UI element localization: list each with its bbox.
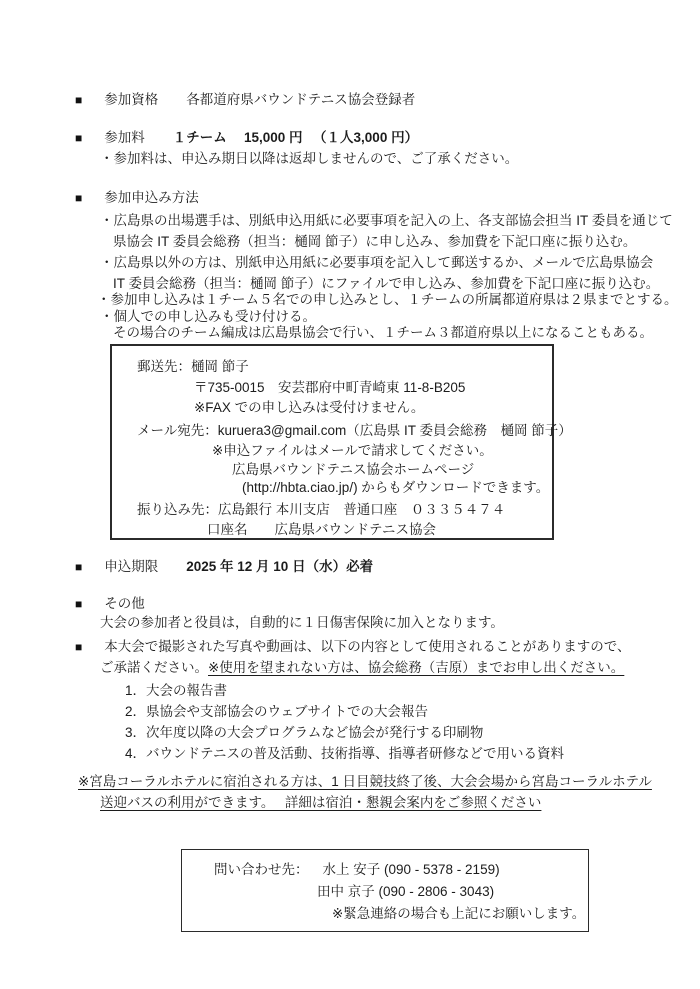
square-bullet-icon: ■: [75, 597, 82, 611]
bank-transfer-line: 振り込み先：広島銀行 本川支店 普通口座 ０３３５４７４: [137, 500, 505, 520]
media-line2-normal: ご承諾ください。: [100, 660, 208, 675]
media-item: 1．大会の報告書: [125, 681, 227, 701]
postal-address: 〒735-0015 安芸郡府中町青崎東 11-8-B205: [194, 378, 465, 398]
contact-person-1: 水上 安子 (090 - 5378 - 2159): [323, 860, 500, 880]
email-note-request: ※申込ファイルはメールで請求してください。: [212, 441, 493, 461]
scanned-document-page: ■参加資格各都道府県バウンドテニス協会登録者 ■参加料１チーム 15,000 円…: [0, 0, 700, 989]
postal-recipient: 郵送先：樋岡 節子: [137, 357, 249, 377]
media-line2-underlined: ※使用を望まれない方は、協会総務（吉原）までお申し出ください。: [208, 660, 624, 675]
deadline-label: 申込期限: [104, 557, 158, 577]
other-note: 大会の参加者と役員は，自動的に１日傷害保険に加入となります。: [100, 613, 504, 633]
hotel-note-line2: 送迎バスの利用ができます。 詳細は宿泊・懇親会案内をご参照ください: [100, 793, 541, 813]
apply-line: その場合のチーム編成は広島県協会で行い、１チーム３都道府県以上になることもある。: [113, 323, 653, 343]
apply-line: 県協会 IT 委員会総務（担当：樋岡 節子）に申し込み、参加費を下記口座に振り込…: [113, 232, 636, 252]
media-line2: ご承諾ください。※使用を望まれない方は、協会総務（吉原）までお申し出ください。: [100, 658, 624, 678]
other-label: その他: [104, 594, 145, 614]
qualification-label: 参加資格: [104, 90, 158, 110]
hotel-note-line1: ※宮島コーラルホテルに宿泊される方は、1 日目競技終了後、大会会場から宮島コーラ…: [78, 772, 652, 792]
section-fee: ■参加料１チーム 15,000 円 （１人3,000 円）: [75, 128, 418, 148]
qualification-value: 各都道府県バウンドテニス協会登録者: [186, 90, 415, 110]
email-note-homepage: 広島県バウンドテニス協会ホームページ: [232, 460, 474, 480]
media-line1: 本大会で撮影された写真や動画は、以下の内容として使用されることがありますので、: [104, 637, 630, 657]
square-bullet-icon: ■: [75, 131, 82, 145]
contact-label: 問い合わせ先：: [214, 862, 309, 877]
fee-note: ・参加料は、申込み期日以降は返却しませんので、ご了承ください。: [100, 149, 518, 169]
media-item: 2．県協会や支部協会のウェブサイトでの大会報告: [125, 702, 428, 722]
email-recipient: メール宛先：kuruera3@gmail.com（広島県 IT 委員会総務 樋岡…: [137, 421, 572, 441]
fee-label: 参加料: [104, 128, 145, 148]
section-deadline: ■申込期限2025 年 12 月 10 日（水）必着: [75, 557, 373, 577]
fee-value: １チーム 15,000 円 （１人3,000 円）: [173, 128, 418, 148]
application-info-box: 郵送先：樋岡 節子 〒735-0015 安芸郡府中町青崎東 11-8-B205 …: [110, 344, 554, 540]
contact-box: 問い合わせ先：水上 安子 (090 - 5378 - 2159) 田中 京子 (…: [181, 849, 589, 932]
bank-account-name: 口座名 広島県バウンドテニス協会: [207, 520, 436, 540]
section-media-consent: ■本大会で撮影された写真や動画は、以下の内容として使用されることがありますので、: [75, 637, 630, 657]
email-note-url: (http://hbta.ciao.jp/) からもダウンロードできます。: [242, 478, 549, 498]
apply-line: ・広島県以外の方は、別紙申込用紙に必要事項を記入して郵送するか、メールで広島県協…: [100, 253, 653, 273]
contact-emergency-note: ※緊急連絡の場合も上記にお願いします。: [332, 904, 585, 924]
deadline-value: 2025 年 12 月 10 日（水）必着: [186, 557, 373, 577]
postal-note: ※FAX での申し込みは受付けません。: [194, 398, 424, 418]
apply-heading: 参加申込み方法: [104, 188, 199, 208]
section-qualification: ■参加資格各都道府県バウンドテニス協会登録者: [75, 90, 415, 110]
square-bullet-icon: ■: [75, 191, 82, 205]
contact-person-2: 田中 京子 (090 - 2806 - 3043): [317, 882, 494, 902]
square-bullet-icon: ■: [75, 640, 82, 654]
contact-row: 問い合わせ先：水上 安子 (090 - 5378 - 2159): [214, 860, 500, 880]
media-item: 4．バウンドテニスの普及活動、技術指導、指導者研修などで用いる資料: [125, 744, 564, 764]
section-apply: ■参加申込み方法: [75, 188, 199, 208]
square-bullet-icon: ■: [75, 93, 82, 107]
square-bullet-icon: ■: [75, 560, 82, 574]
apply-line: ・広島県の出場選手は、別紙申込用紙に必要事項を記入の上、各支部協会担当 IT 委…: [100, 211, 673, 231]
media-item: 3．次年度以降の大会プログラムなど協会が発行する印刷物: [125, 723, 483, 743]
section-other: ■その他: [75, 594, 145, 614]
